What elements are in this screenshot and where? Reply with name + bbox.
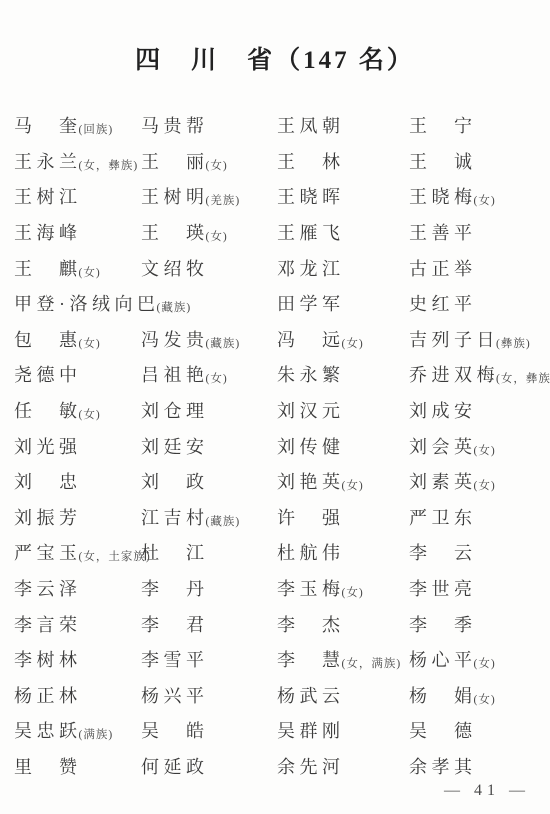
person-name: 王树江 bbox=[14, 187, 82, 207]
person-cell: 任 敏(女) bbox=[14, 402, 141, 421]
roster-row: 甲登·洛绒向巴(藏族)田学军史红平 bbox=[14, 287, 544, 323]
person-name: 杜航伟 bbox=[277, 543, 345, 563]
person-name: 吕祖艳 bbox=[141, 365, 209, 385]
person-cell: 余先河 bbox=[277, 758, 409, 777]
person-cell: 田学军 bbox=[277, 295, 409, 314]
roster-row: 任 敏(女)刘仓理刘汉元刘成安 bbox=[14, 394, 544, 430]
person-name: 余孝其 bbox=[409, 757, 477, 777]
person-tag: (女) bbox=[474, 445, 496, 457]
person-name: 许 强 bbox=[277, 508, 345, 528]
person-tag: (羌族) bbox=[206, 195, 241, 207]
person-name: 王海峰 bbox=[14, 223, 82, 243]
person-tag: (女) bbox=[342, 587, 364, 599]
person-cell: 李树林 bbox=[14, 651, 141, 670]
person-cell: 刘振芳 bbox=[14, 509, 141, 528]
person-name: 王树明 bbox=[141, 187, 209, 207]
person-tag: (女，彝族) bbox=[496, 373, 550, 385]
person-name: 李树林 bbox=[14, 650, 82, 670]
person-cell: 邓龙江 bbox=[277, 260, 409, 279]
person-name: 刘廷安 bbox=[141, 437, 209, 457]
person-cell: 刘汉元 bbox=[277, 402, 409, 421]
roster-row: 刘振芳江吉村(藏族)许 强严卫东 bbox=[14, 501, 544, 537]
person-cell: 李世亮 bbox=[409, 580, 544, 599]
person-name: 田学军 bbox=[277, 294, 345, 314]
person-tag: (女，满族) bbox=[342, 658, 402, 670]
person-cell: 余孝其 bbox=[409, 758, 544, 777]
roster-row: 李树林李雪平李 慧(女，满族)杨心平(女) bbox=[14, 643, 544, 679]
person-name: 尧德中 bbox=[14, 365, 82, 385]
person-name: 李云泽 bbox=[14, 579, 82, 599]
person-name: 刘素英 bbox=[409, 472, 477, 492]
person-tag: (女) bbox=[342, 480, 364, 492]
person-cell: 严卫东 bbox=[409, 509, 544, 528]
person-name: 杨 娟 bbox=[409, 686, 477, 706]
person-cell: 许 强 bbox=[277, 509, 409, 528]
person-cell: 吉列子日(彝族) bbox=[409, 331, 544, 350]
roster-row: 马 奎(回族)马贵帮王凤朝王 宁 bbox=[14, 109, 544, 145]
person-cell: 李雪平 bbox=[141, 651, 277, 670]
person-name: 杨武云 bbox=[277, 686, 345, 706]
person-cell: 王晓晖 bbox=[277, 188, 409, 207]
person-name: 李雪平 bbox=[141, 650, 209, 670]
person-name: 朱永繁 bbox=[277, 365, 345, 385]
person-name: 任 敏 bbox=[14, 401, 82, 421]
person-cell: 严宝玉(女，土家族) bbox=[14, 544, 141, 563]
person-name: 李世亮 bbox=[409, 579, 477, 599]
person-cell: 王善平 bbox=[409, 224, 544, 243]
person-name: 王善平 bbox=[409, 223, 477, 243]
person-tag: (女，土家族) bbox=[79, 551, 151, 563]
person-name: 吴群刚 bbox=[277, 721, 345, 741]
roster-row: 王树江王树明(羌族)王晓晖王晓梅(女) bbox=[14, 180, 544, 216]
person-tag: (女) bbox=[206, 373, 228, 385]
person-tag: (女) bbox=[79, 409, 101, 421]
person-cell: 刘成安 bbox=[409, 402, 544, 421]
person-cell: 里 赞 bbox=[14, 758, 141, 777]
person-cell: 李 云 bbox=[409, 544, 544, 563]
person-cell: 江吉村(藏族) bbox=[141, 509, 277, 528]
person-cell: 王永兰(女，彝族) bbox=[14, 153, 141, 172]
roster-row: 尧德中吕祖艳(女)朱永繁乔进双梅(女，彝族) bbox=[14, 358, 544, 394]
person-tag: (女，彝族) bbox=[79, 160, 139, 172]
person-name: 古正举 bbox=[409, 259, 477, 279]
person-tag: (女) bbox=[206, 231, 228, 243]
person-cell: 吴 皓 bbox=[141, 722, 277, 741]
roster-row: 王海峰王 瑛(女)王雁飞王善平 bbox=[14, 216, 544, 252]
person-name: 李 云 bbox=[409, 543, 477, 563]
person-tag: (女) bbox=[474, 480, 496, 492]
person-name: 李 君 bbox=[141, 615, 209, 635]
person-cell: 李 慧(女，满族) bbox=[277, 651, 409, 670]
person-name: 王 麒 bbox=[14, 259, 82, 279]
person-name: 包 惠 bbox=[14, 330, 82, 350]
person-cell: 王 麒(女) bbox=[14, 260, 141, 279]
person-name: 李玉梅 bbox=[277, 579, 345, 599]
person-name: 李 慧 bbox=[277, 650, 345, 670]
person-cell: 吴忠跃(满族) bbox=[14, 722, 141, 741]
person-name: 王永兰 bbox=[14, 152, 82, 172]
person-name: 王 宁 bbox=[409, 116, 477, 136]
person-cell: 李 丹 bbox=[141, 580, 277, 599]
person-name: 李 季 bbox=[409, 615, 477, 635]
person-name: 刘成安 bbox=[409, 401, 477, 421]
person-cell: 包 惠(女) bbox=[14, 331, 141, 350]
person-cell: 甲登·洛绒向巴(藏族) bbox=[14, 295, 277, 314]
person-name: 刘会英 bbox=[409, 437, 477, 457]
person-cell: 杨心平(女) bbox=[409, 651, 544, 670]
person-cell: 王晓梅(女) bbox=[409, 188, 544, 207]
person-cell: 杨武云 bbox=[277, 687, 409, 706]
person-name: 冯 远 bbox=[277, 330, 345, 350]
person-name: 甲登·洛绒向巴 bbox=[14, 294, 160, 314]
roster-row: 刘光强刘廷安刘传健刘会英(女) bbox=[14, 429, 544, 465]
person-name: 吴 德 bbox=[409, 721, 477, 741]
person-name: 刘 忠 bbox=[14, 472, 82, 492]
person-tag: (藏族) bbox=[206, 516, 241, 528]
person-cell: 杨正林 bbox=[14, 687, 141, 706]
person-name: 王晓梅 bbox=[409, 187, 477, 207]
person-cell: 吕祖艳(女) bbox=[141, 366, 277, 385]
person-name: 刘艳英 bbox=[277, 472, 345, 492]
person-name: 王凤朝 bbox=[277, 116, 345, 136]
roster-row: 王永兰(女，彝族)王 丽(女)王 林王 诚 bbox=[14, 145, 544, 181]
roster-row: 严宝玉(女，土家族)杜 江杜航伟李 云 bbox=[14, 536, 544, 572]
person-name: 李 丹 bbox=[141, 579, 209, 599]
person-tag: (女) bbox=[79, 338, 101, 350]
person-name: 严卫东 bbox=[409, 508, 477, 528]
person-cell: 王海峰 bbox=[14, 224, 141, 243]
roster-row: 杨正林杨兴平杨武云杨 娟(女) bbox=[14, 679, 544, 715]
person-cell: 王树明(羌族) bbox=[141, 188, 277, 207]
person-cell: 朱永繁 bbox=[277, 366, 409, 385]
person-cell: 史红平 bbox=[409, 295, 544, 314]
person-cell: 杜航伟 bbox=[277, 544, 409, 563]
person-cell: 吴 德 bbox=[409, 722, 544, 741]
person-name: 冯发贵 bbox=[141, 330, 209, 350]
person-cell: 何延政 bbox=[141, 758, 277, 777]
person-name: 马贵帮 bbox=[141, 116, 209, 136]
person-cell: 刘 忠 bbox=[14, 473, 141, 492]
person-cell: 李玉梅(女) bbox=[277, 580, 409, 599]
person-cell: 刘光强 bbox=[14, 438, 141, 457]
person-name: 吴忠跃 bbox=[14, 721, 82, 741]
roster-row: 包 惠(女)冯发贵(藏族)冯 远(女)吉列子日(彝族) bbox=[14, 323, 544, 359]
roster-row: 刘 忠刘 政刘艳英(女)刘素英(女) bbox=[14, 465, 544, 501]
person-name: 杨兴平 bbox=[141, 686, 209, 706]
person-cell: 尧德中 bbox=[14, 366, 141, 385]
person-tag: (女) bbox=[474, 195, 496, 207]
person-name: 何延政 bbox=[141, 757, 209, 777]
person-cell: 刘会英(女) bbox=[409, 438, 544, 457]
person-cell: 刘仓理 bbox=[141, 402, 277, 421]
person-cell: 马 奎(回族) bbox=[14, 117, 141, 136]
person-name: 刘光强 bbox=[14, 437, 82, 457]
person-name: 刘仓理 bbox=[141, 401, 209, 421]
person-tag: (女) bbox=[206, 160, 228, 172]
person-cell: 乔进双梅(女，彝族) bbox=[409, 366, 550, 385]
person-name: 刘汉元 bbox=[277, 401, 345, 421]
person-name: 王雁飞 bbox=[277, 223, 345, 243]
person-name: 杨心平 bbox=[409, 650, 477, 670]
person-cell: 王 林 bbox=[277, 153, 409, 172]
person-cell: 刘传健 bbox=[277, 438, 409, 457]
person-cell: 王雁飞 bbox=[277, 224, 409, 243]
person-name: 刘 政 bbox=[141, 472, 209, 492]
person-name: 邓龙江 bbox=[277, 259, 345, 279]
person-name: 王 诚 bbox=[409, 152, 477, 172]
person-cell: 李 杰 bbox=[277, 616, 409, 635]
person-cell: 马贵帮 bbox=[141, 117, 277, 136]
person-tag: (女) bbox=[79, 267, 101, 279]
person-name: 乔进双梅 bbox=[409, 365, 499, 385]
person-cell: 刘艳英(女) bbox=[277, 473, 409, 492]
roster-row: 李言荣李 君李 杰李 季 bbox=[14, 607, 544, 643]
document-page: 四 川 省（147 名） 马 奎(回族)马贵帮王凤朝王 宁王永兰(女，彝族)王 … bbox=[0, 0, 550, 814]
person-cell: 刘廷安 bbox=[141, 438, 277, 457]
person-name: 吉列子日 bbox=[409, 330, 499, 350]
person-name: 王 瑛 bbox=[141, 223, 209, 243]
person-cell: 李 季 bbox=[409, 616, 544, 635]
person-cell: 王 诚 bbox=[409, 153, 544, 172]
person-cell: 刘素英(女) bbox=[409, 473, 544, 492]
person-cell: 王凤朝 bbox=[277, 117, 409, 136]
person-tag: (藏族) bbox=[206, 338, 241, 350]
person-cell: 李言荣 bbox=[14, 616, 141, 635]
page-number: — 41 — bbox=[444, 782, 530, 800]
person-name: 里 赞 bbox=[14, 757, 82, 777]
person-cell: 王树江 bbox=[14, 188, 141, 207]
page-title: 四 川 省（147 名） bbox=[0, 40, 550, 76]
person-name: 江吉村 bbox=[141, 508, 209, 528]
person-cell: 李 君 bbox=[141, 616, 277, 635]
person-name: 王 丽 bbox=[141, 152, 209, 172]
person-name: 文绍牧 bbox=[141, 259, 209, 279]
person-tag: (满族) bbox=[79, 729, 114, 741]
person-cell: 文绍牧 bbox=[141, 260, 277, 279]
person-name: 史红平 bbox=[409, 294, 477, 314]
person-tag: (女) bbox=[474, 658, 496, 670]
person-cell: 王 宁 bbox=[409, 117, 544, 136]
roster-row: 李云泽李 丹李玉梅(女)李世亮 bbox=[14, 572, 544, 608]
person-cell: 李云泽 bbox=[14, 580, 141, 599]
person-cell: 杨兴平 bbox=[141, 687, 277, 706]
person-tag: (回族) bbox=[79, 124, 114, 136]
person-name: 李言荣 bbox=[14, 615, 82, 635]
person-name: 杜 江 bbox=[141, 543, 209, 563]
person-tag: (藏族) bbox=[157, 302, 192, 314]
person-cell: 古正举 bbox=[409, 260, 544, 279]
person-cell: 吴群刚 bbox=[277, 722, 409, 741]
person-name: 王 林 bbox=[277, 152, 345, 172]
person-tag: (女) bbox=[474, 694, 496, 706]
person-name: 刘振芳 bbox=[14, 508, 82, 528]
person-tag: (女) bbox=[342, 338, 364, 350]
person-name: 刘传健 bbox=[277, 437, 345, 457]
person-name: 严宝玉 bbox=[14, 543, 82, 563]
person-cell: 王 丽(女) bbox=[141, 153, 277, 172]
person-cell: 冯 远(女) bbox=[277, 331, 409, 350]
person-cell: 冯发贵(藏族) bbox=[141, 331, 277, 350]
person-cell: 刘 政 bbox=[141, 473, 277, 492]
person-name: 杨正林 bbox=[14, 686, 82, 706]
roster-row: 王 麒(女)文绍牧邓龙江古正举 bbox=[14, 251, 544, 287]
roster-row: 里 赞何延政余先河余孝其 bbox=[14, 750, 544, 786]
person-tag: (彝族) bbox=[496, 338, 531, 350]
person-cell: 王 瑛(女) bbox=[141, 224, 277, 243]
person-cell: 杨 娟(女) bbox=[409, 687, 544, 706]
person-name: 余先河 bbox=[277, 757, 345, 777]
person-name: 吴 皓 bbox=[141, 721, 209, 741]
name-roster: 马 奎(回族)马贵帮王凤朝王 宁王永兰(女，彝族)王 丽(女)王 林王 诚王树江… bbox=[14, 109, 544, 785]
person-name: 王晓晖 bbox=[277, 187, 345, 207]
person-name: 马 奎 bbox=[14, 116, 82, 136]
person-name: 李 杰 bbox=[277, 615, 345, 635]
roster-row: 吴忠跃(满族)吴 皓吴群刚吴 德 bbox=[14, 714, 544, 750]
person-cell: 杜 江 bbox=[141, 544, 277, 563]
